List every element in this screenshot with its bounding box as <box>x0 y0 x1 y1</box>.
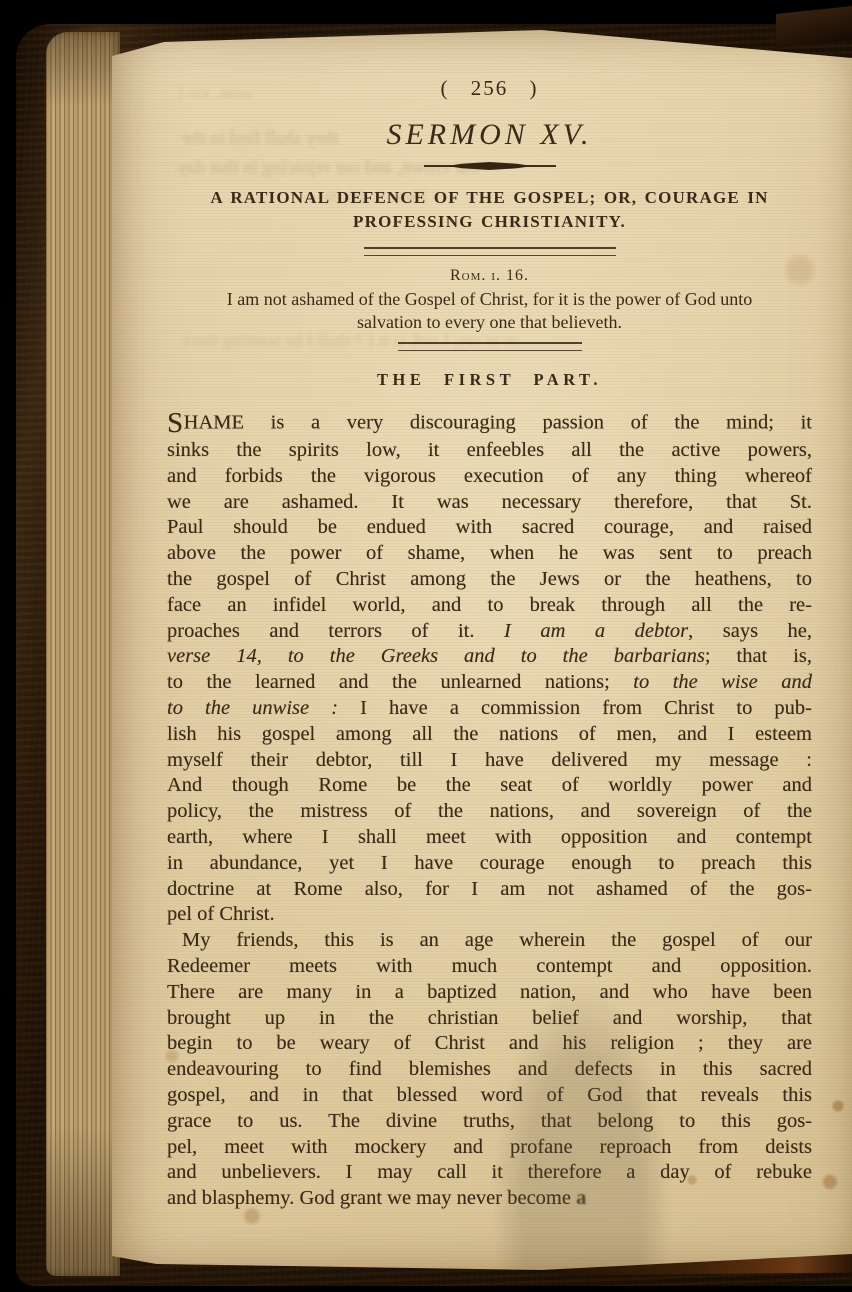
text-line: and blasphemy. God grant we may never be… <box>167 1186 812 1212</box>
text-segment: begin to be weary of Christ and his reli… <box>167 1032 812 1054</box>
text-segment: policy, the mistress of the nations, and… <box>167 800 812 822</box>
sermon-title-line: PROFESSING CHRISTIANITY. <box>167 210 812 234</box>
text-segment: to the Greeks and to the barbarians <box>288 645 705 667</box>
text-segment: sinks the spirits low, it enfeebles all … <box>167 439 812 461</box>
text-segment: My friends, this is an age wherein the g… <box>182 929 812 951</box>
text-line: grace to us. The divine truths, that bel… <box>167 1109 812 1135</box>
text-line: There are many in a baptized nation, and… <box>167 980 812 1006</box>
text-segment: a <box>576 1187 586 1209</box>
text-column: ( 256 ) SERMON XV. A RATIONAL DEFENCE OF… <box>167 76 812 1212</box>
sermon-title-line: A RATIONAL DEFENCE OF THE GOSPEL; OR, CO… <box>167 186 812 210</box>
text-segment: endeavouring to find blemishes and defec… <box>167 1058 812 1080</box>
sermon-body: SHAME is a very discouraging passion of … <box>167 409 812 1212</box>
text-segment: in abundance, yet I have courage enough … <box>167 852 812 874</box>
epigraph-line: I am not ashamed of the Gospel of Christ… <box>167 288 812 311</box>
text-line: brought up in the christian belief and w… <box>167 1006 812 1032</box>
photo-background: serm. xiv.] they shall find in the our c… <box>0 0 852 1292</box>
epigraph-line: salvation to every one that believeth. <box>167 311 812 334</box>
double-rule <box>398 342 582 351</box>
text-segment: gospel, and in that blessed word of God … <box>167 1084 812 1106</box>
text-segment: to the wise and <box>633 671 812 693</box>
epigraph: I am not ashamed of the Gospel of Christ… <box>167 288 812 333</box>
sermon-title: A RATIONAL DEFENCE OF THE GOSPEL; OR, CO… <box>167 186 812 234</box>
text-segment: I have a commission from Christ to pub- <box>338 697 812 719</box>
text-line: myself their debtor, till I have deliver… <box>167 748 812 774</box>
text-segment: lish his gospel among all the nations of… <box>167 723 812 745</box>
text-line: to the learned and the unlearned nations… <box>167 670 812 696</box>
text-line: earth, where I shall meet with oppositio… <box>167 825 812 851</box>
text-line: to the unwise : I have a commission from… <box>167 696 812 722</box>
text-line: and unbelievers. I may call it therefore… <box>167 1160 812 1186</box>
text-segment: and unbelievers. I may call it therefore… <box>167 1161 812 1183</box>
text-segment: pel, meet with mockery and profane repro… <box>167 1136 812 1158</box>
text-segment: proaches and terrors of it. <box>167 620 504 642</box>
text-line: doctrine at Rome also, for I am not asha… <box>167 877 812 903</box>
text-segment: and blasphemy. God grant we may never be… <box>167 1187 576 1209</box>
text-segment: I am a debtor <box>504 620 688 642</box>
text-line: begin to be weary of Christ and his reli… <box>167 1031 812 1057</box>
text-line: the gospel of Christ among the Jews or t… <box>167 567 812 593</box>
text-line: And though Rome be the seat of worldly p… <box>167 773 812 799</box>
text-line: and forbids the vigorous execution of an… <box>167 464 812 490</box>
text-segment: the gospel of Christ among the Jews or t… <box>167 568 812 590</box>
text-line: endeavouring to find blemishes and defec… <box>167 1057 812 1083</box>
text-segment: verse 14, <box>167 645 262 667</box>
text-segment: to the learned and the unlearned nations… <box>167 671 633 693</box>
text-line: SHAME is a very discouraging passion of … <box>167 409 812 438</box>
text-line: proaches and terrors of it. I am a debto… <box>167 619 812 645</box>
text-segment: grace to us. The divine truths, that bel… <box>167 1110 812 1132</box>
text-line: Redeemer meets with much contempt and op… <box>167 954 812 980</box>
text-line: above the power of shame, when he was se… <box>167 541 812 567</box>
text-segment: Redeemer meets with much contempt and op… <box>167 955 812 977</box>
text-segment <box>262 645 288 667</box>
text-line: lish his gospel among all the nations of… <box>167 722 812 748</box>
text-segment: And though Rome be the seat of worldly p… <box>167 774 812 796</box>
text-segment: There are many in a baptized nation, and… <box>167 981 812 1003</box>
double-rule <box>364 247 616 256</box>
text-line: gospel, and in that blessed word of God … <box>167 1083 812 1109</box>
text-segment: Paul should be endued with sacred courag… <box>167 516 812 538</box>
text-segment: and forbids the vigorous execution of an… <box>167 465 812 487</box>
text-segment: face an infidel world, and to break thro… <box>167 594 812 616</box>
text-line: pel of Christ. <box>167 902 812 928</box>
text-segment: myself their debtor, till I have deliver… <box>167 749 812 771</box>
text-line: policy, the mistress of the nations, and… <box>167 799 812 825</box>
text-segment: S <box>167 407 184 439</box>
page-fore-edge <box>46 32 120 1276</box>
scripture-reference: Rom. i. 16. <box>167 267 812 285</box>
text-segment: , says he, <box>688 620 812 642</box>
text-segment: brought up in the christian belief and w… <box>167 1007 812 1029</box>
text-segment: we are ashamed. It was necessary therefo… <box>167 491 812 513</box>
sermon-heading: SERMON XV. <box>167 118 812 152</box>
text-segment: doctrine at Rome also, for I am not asha… <box>167 878 812 900</box>
swelled-rule-ornament <box>424 161 556 171</box>
text-segment: ; that is, <box>705 645 812 667</box>
text-line: sinks the spirits low, it enfeebles all … <box>167 438 812 464</box>
text-line: verse 14, to the Greeks and to the barba… <box>167 644 812 670</box>
text-line: My friends, this is an age wherein the g… <box>167 928 812 954</box>
text-line: pel, meet with mockery and profane repro… <box>167 1135 812 1161</box>
text-segment: earth, where I shall meet with oppositio… <box>167 826 812 848</box>
text-line: Paul should be endued with sacred courag… <box>167 515 812 541</box>
text-segment: HAME is a very discouraging passion of t… <box>184 412 812 434</box>
part-heading: THE FIRST PART. <box>167 370 812 390</box>
text-line: face an infidel world, and to break thro… <box>167 593 812 619</box>
text-line: we are ashamed. It was necessary therefo… <box>167 490 812 516</box>
text-line: in abundance, yet I have courage enough … <box>167 851 812 877</box>
text-segment: to the unwise : <box>167 697 338 719</box>
book-page: serm. xiv.] they shall find in the our c… <box>112 30 852 1270</box>
text-segment: above the power of shame, when he was se… <box>167 542 812 564</box>
text-segment: pel of Christ. <box>167 903 275 925</box>
page-number: ( 256 ) <box>167 76 812 101</box>
